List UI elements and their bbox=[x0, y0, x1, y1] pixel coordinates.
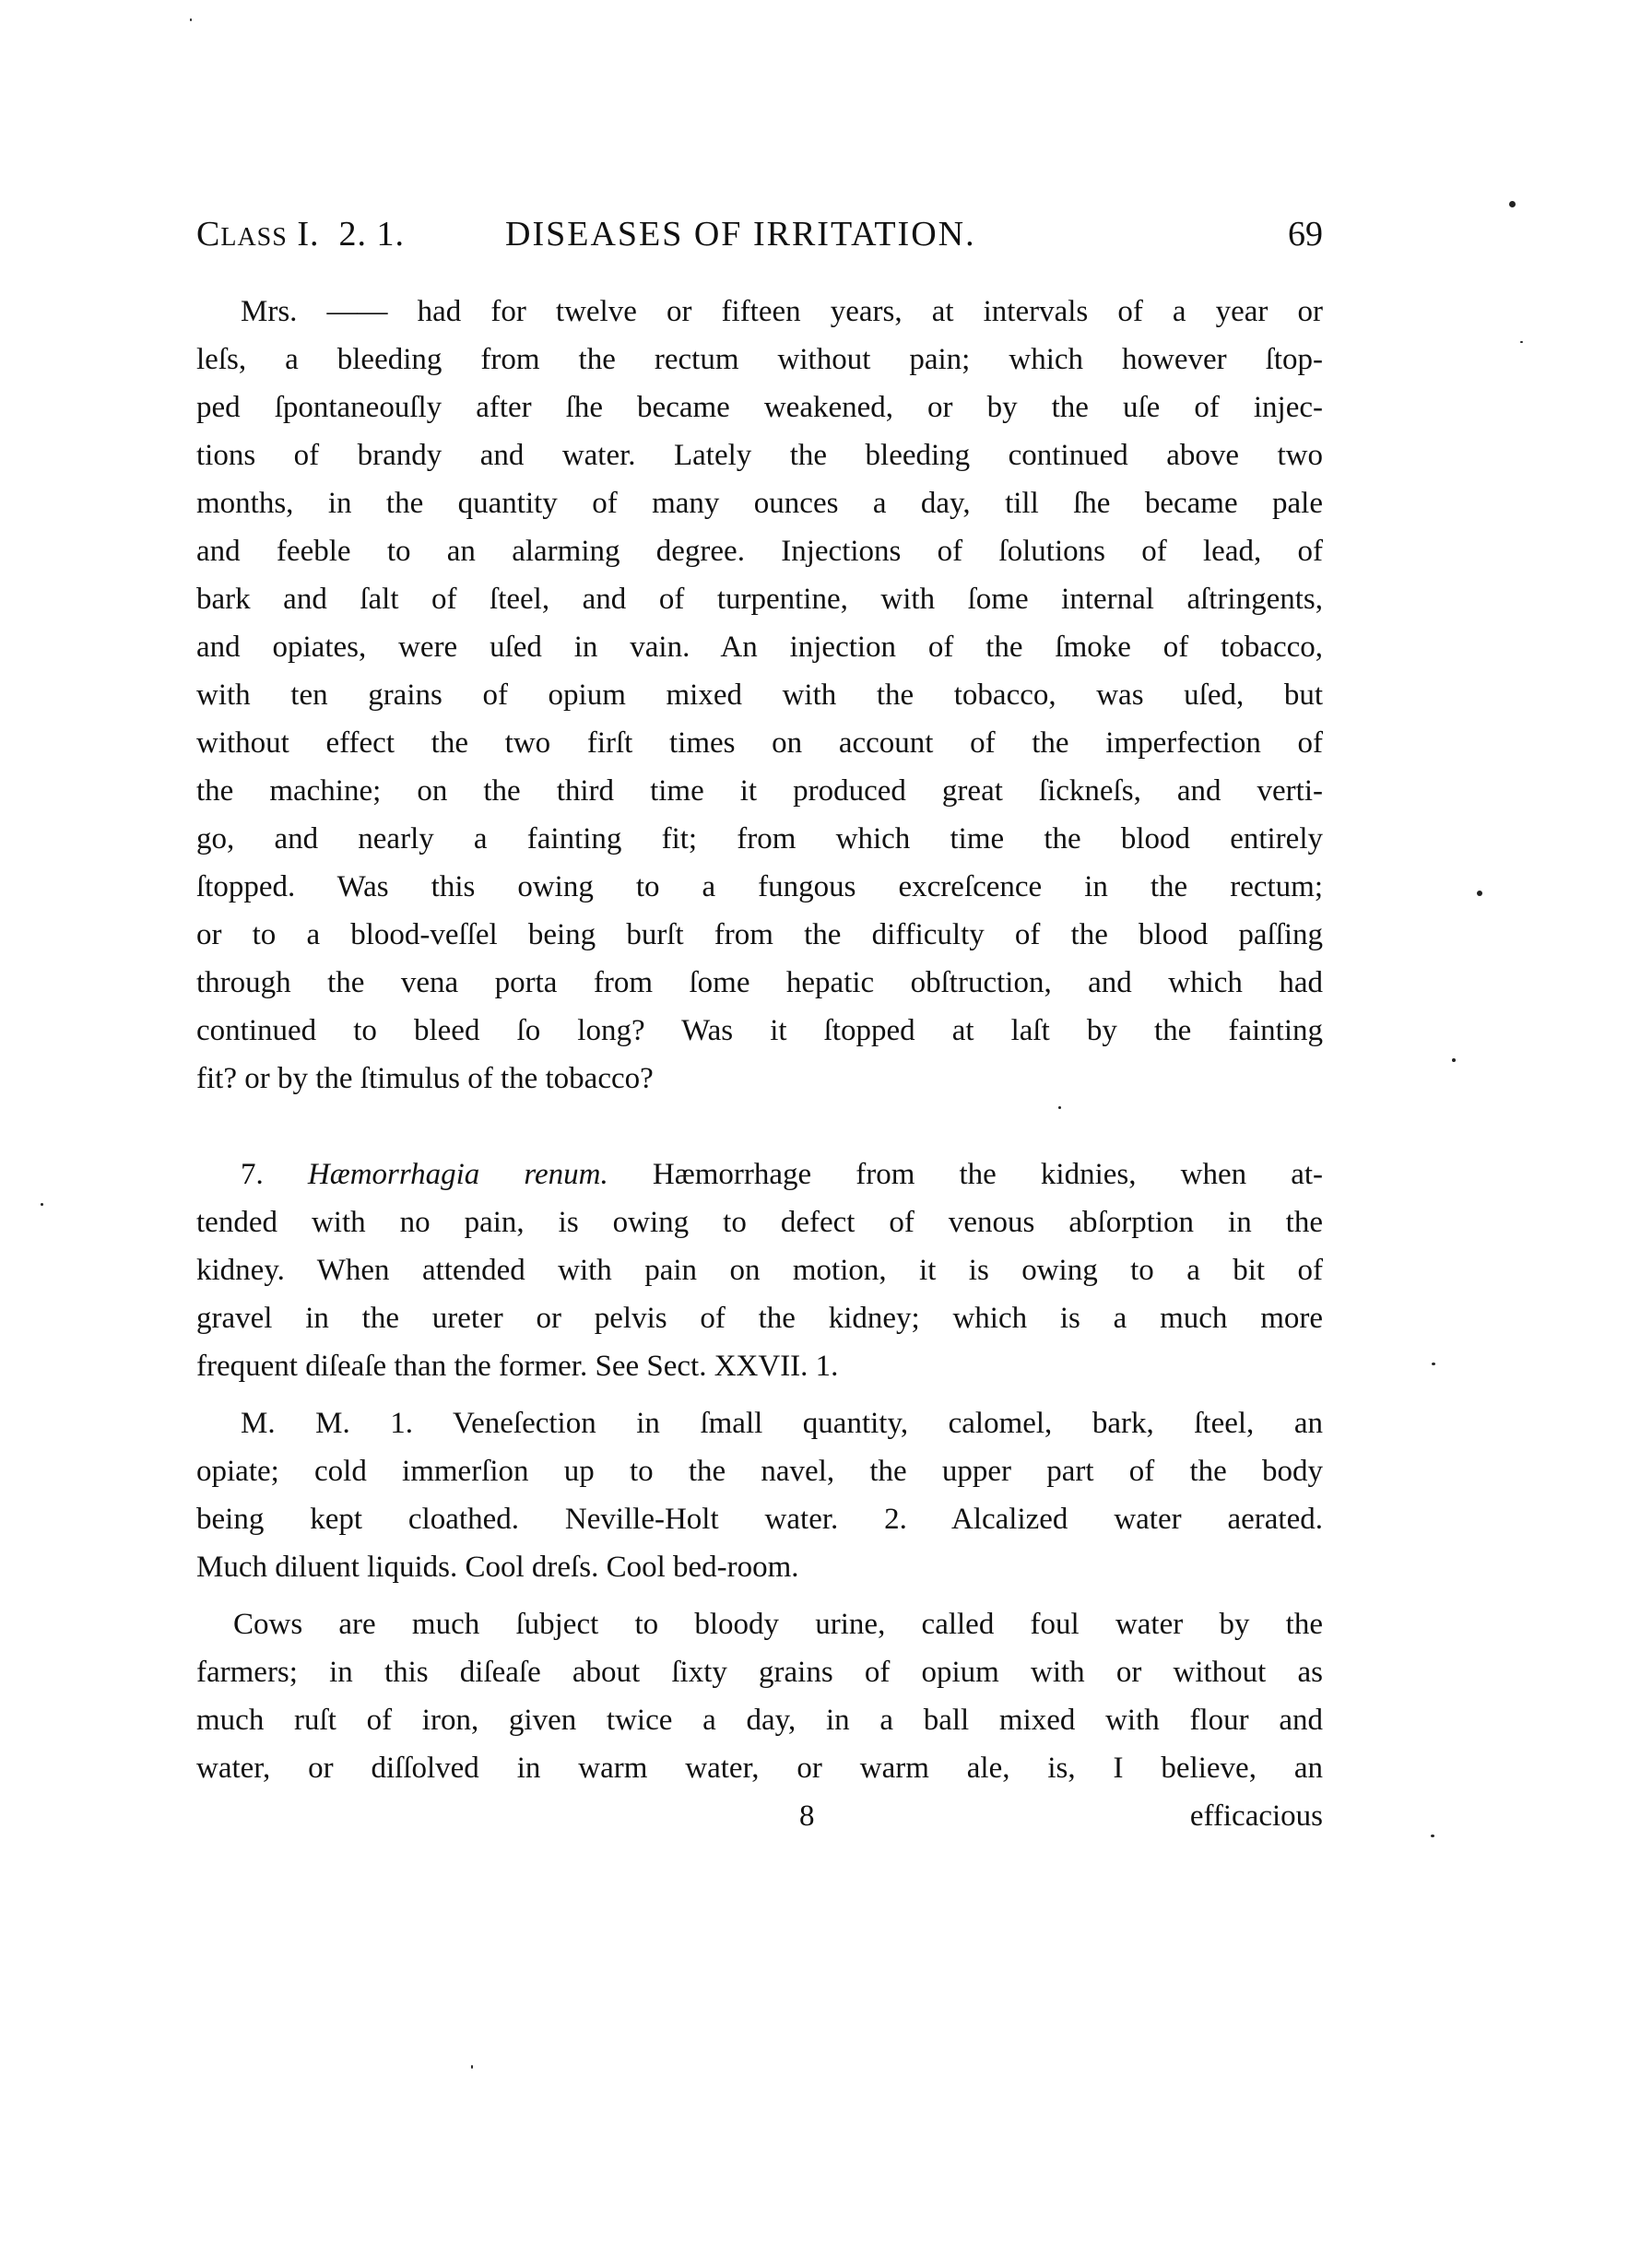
text-line: water, or diſſolved in warm water, or wa… bbox=[196, 1744, 1323, 1792]
disease-name: Hæmorrhagia renum. bbox=[308, 1158, 608, 1191]
paragraph-haemorrhagia-renum: 7. Hæmorrhagia renum. Hæmorrhage from th… bbox=[196, 1150, 1323, 1390]
scan-speck bbox=[41, 1203, 43, 1206]
paragraph-gap bbox=[196, 1103, 1323, 1150]
paragraph-cows: Cows are much ſubject to bloody urine, c… bbox=[196, 1600, 1323, 1792]
section-number: 7. bbox=[241, 1158, 264, 1191]
scan-speck bbox=[1432, 1363, 1435, 1365]
text-line: go, and nearly a fainting fit; from whic… bbox=[196, 815, 1323, 863]
text-line: Much diluent liquids. Cool dreſs. Cool b… bbox=[196, 1543, 1323, 1591]
paragraph-mm-treatment: M. M. 1. Veneſection in ſmall quantity, … bbox=[196, 1399, 1323, 1591]
text-line: much ruſt of iron, given twice a day, in… bbox=[196, 1696, 1323, 1744]
class-ref-initial: C bbox=[196, 215, 220, 254]
text-line: fit? or by the ſtimulus of the tobacco? bbox=[196, 1055, 1323, 1103]
body-text: Mrs. —— had for twelve or fifteen years,… bbox=[196, 288, 1323, 1792]
scan-speck bbox=[1509, 201, 1516, 207]
text-line: frequent diſeaſe than the former. See Se… bbox=[196, 1342, 1323, 1390]
text-line: and opiates, were uſed in vain. An injec… bbox=[196, 623, 1323, 671]
text-line: M. M. 1. Veneſection in ſmall quantity, … bbox=[196, 1399, 1323, 1447]
book-page: CLASS I. 2. 1. DISEASES OF IRRITATION. 6… bbox=[0, 0, 1652, 2242]
text-line: leſs, a bleeding from the rectum without… bbox=[196, 336, 1323, 383]
text-line: Cows are much ſubject to bloody urine, c… bbox=[196, 1600, 1323, 1648]
text-line: 7. Hæmorrhagia renum. Hæmorrhage from th… bbox=[196, 1150, 1323, 1198]
page-footer: 8 efficacious bbox=[196, 1792, 1323, 1840]
scan-speck bbox=[190, 18, 192, 21]
text-line: and feeble to an alarming degree. Inject… bbox=[196, 527, 1323, 575]
text-line: tions of brandy and water. Lately the bl… bbox=[196, 431, 1323, 479]
page-number: 69 bbox=[1288, 210, 1323, 258]
scan-speck bbox=[1520, 341, 1523, 343]
text-line: with ten grains of opium mixed with the … bbox=[196, 671, 1323, 719]
signature-mark: 8 bbox=[799, 1792, 815, 1840]
text-line: tended with no pain, is owing to defect … bbox=[196, 1198, 1323, 1246]
chapter-title: DISEASES OF IRRITATION. bbox=[505, 210, 976, 258]
text-line: or to a blood-veſſel being burſt from th… bbox=[196, 911, 1323, 959]
paragraph-case-mrs: Mrs. —— had for twelve or fifteen years,… bbox=[196, 288, 1323, 1103]
scan-speck bbox=[1452, 1058, 1456, 1062]
text-line: Mrs. —— had for twelve or fifteen years,… bbox=[196, 288, 1323, 336]
text-line: through the vena porta from ſome hepatic… bbox=[196, 959, 1323, 1007]
text-line: ped ſpontaneouſly after ſhe became weake… bbox=[196, 383, 1323, 431]
paragraph-gap bbox=[196, 1390, 1323, 1399]
text-line: months, in the quantity of many ounces a… bbox=[196, 479, 1323, 527]
text-line: the machine; on the third time it produc… bbox=[196, 767, 1323, 815]
paragraph-gap bbox=[196, 1591, 1323, 1600]
text-line: without effect the two firſt times on ac… bbox=[196, 719, 1323, 767]
text-line: being kept cloathed. Neville-Holt water.… bbox=[196, 1495, 1323, 1543]
text-line: gravel in the ureter or pelvis of the ki… bbox=[196, 1294, 1323, 1342]
class-ref-numbers: I. 2. 1. bbox=[288, 215, 405, 254]
class-reference: CLASS I. 2. 1. bbox=[196, 210, 405, 262]
text-line: opiate; cold immerſion up to the navel, … bbox=[196, 1447, 1323, 1495]
catchword: efficacious bbox=[1190, 1792, 1323, 1840]
text-line: farmers; in this diſeaſe about ſixty gra… bbox=[196, 1648, 1323, 1696]
class-ref-smallcaps: LASS bbox=[220, 223, 287, 252]
scan-speck bbox=[471, 2065, 473, 2069]
scan-speck bbox=[1477, 891, 1482, 896]
scan-speck bbox=[1431, 1835, 1434, 1837]
text-line: bark and ſalt of ſteel, and of turpentin… bbox=[196, 575, 1323, 623]
running-head: CLASS I. 2. 1. DISEASES OF IRRITATION. 6… bbox=[196, 210, 1323, 258]
text-line: kidney. When attended with pain on motio… bbox=[196, 1246, 1323, 1294]
text-run: Hæmorrhage from the kidnies, when at- bbox=[653, 1158, 1323, 1191]
text-line: ſtopped. Was this owing to a fungous exc… bbox=[196, 863, 1323, 911]
text-line: continued to bleed ſo long? Was it ſtopp… bbox=[196, 1007, 1323, 1055]
